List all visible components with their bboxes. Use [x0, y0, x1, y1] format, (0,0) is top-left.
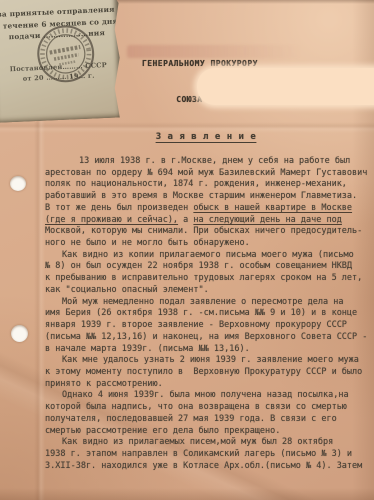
letter-line: которой была надпись, что она возвращена…	[45, 402, 373, 414]
text-segment: января 1939 г. второе заявление - Верхов…	[45, 320, 347, 330]
letter-line: арестован по ордеру № 694 мой муж Базиле…	[45, 168, 373, 180]
postmark-stamp	[33, 22, 98, 87]
letter-line: поляк по национальности, 1874 г. рождени…	[45, 179, 373, 191]
text-segment: Мой муж немедленно подал заявление о пер…	[62, 297, 343, 307]
text-segment: смертью рассмотрение его дела было прекр…	[45, 426, 280, 436]
underlined-phrase: обыск в нашей квартире в Москве	[193, 203, 352, 213]
text-segment: В тот же день был произведен	[45, 203, 193, 213]
letter-line: получателя, последовавшей 27 мая 1939 го…	[45, 414, 373, 426]
text-segment: а	[178, 215, 193, 225]
letter-line: Москвой, которую мы снимали. При обысках…	[45, 226, 373, 238]
text-segment: Однако 4 июня 1939г. была мною получена …	[62, 390, 349, 400]
letter-line: января 1939 г. второе заявление - Верхов…	[45, 320, 373, 332]
text-segment: получателя, последовавшей 27 мая 1939 го…	[45, 414, 337, 424]
letter-line: 3.XII-38г. находился уже в Котласе Арх.о…	[45, 461, 373, 473]
underlined-phrase: на следующий день на даче под	[193, 215, 341, 225]
letter-line: Как видно из прилагаемых писем,мой муж б…	[45, 437, 373, 449]
letter-line: Мой муж немедленно подал заявление о пер…	[45, 297, 373, 309]
postal-receipt-slip: за принятые отправленияв течение 6 месяц…	[0, 0, 124, 123]
letter-line: работавший в это время в Москве старшим …	[45, 191, 373, 203]
text-segment: имя Берия (26 октября 1938 г. -см.письма…	[45, 308, 357, 318]
scanned-letter-page: за принятые отправленияв течение 6 месяц…	[0, 0, 374, 500]
letter-body: 13 июля 1938 г. в г.Москве, днем у себя …	[45, 156, 373, 472]
letter-line: (где я проживаю и сейчас), а на следующи…	[45, 215, 373, 227]
text-segment: ного не было и не могло быть обнаружено.	[45, 238, 250, 248]
text-segment: Как видно из прилагаемых писем,мой муж б…	[62, 437, 333, 447]
letter-line: 13 июля 1938 г. в г.Москве, днем у себя …	[45, 156, 373, 168]
letter-line: имя Берия (26 октября 1938 г. -см.письма…	[45, 308, 373, 320]
letter-line: Как видно из копии прилагаемого письма м…	[45, 250, 373, 262]
text-segment: арестован по ордеру № 694 мой муж Базиле…	[45, 168, 367, 178]
letter-line: Как мне удалось узнать 2 июня 1939 г. за…	[45, 355, 373, 367]
punch-hole-bottom	[11, 325, 28, 342]
letter-line: № 8) он был осужден 22 ноября 1938 г. ос…	[45, 261, 373, 273]
text-segment: (письма №№ 12,13,16) и наконец, на имя В…	[45, 332, 367, 342]
letter-title: З а я в л е н и е	[45, 132, 367, 142]
letter-line: принято к рассмотрению.	[45, 379, 373, 391]
punch-hole-top	[10, 176, 26, 191]
text-segment: Москвой, которую мы снимали. При обысках…	[45, 226, 362, 236]
text-segment: 1938 г. этапом направлен в Соликамский л…	[45, 449, 352, 459]
underlined-phrase: (где я проживаю и сейчас),	[45, 215, 178, 225]
letter-line: в начале марта 1939г. (письма №№ 13,16).	[45, 344, 373, 356]
text-segment: поляк по национальности, 1874 г. рождени…	[45, 179, 347, 189]
letter-line: смертью рассмотрение его дела было прекр…	[45, 426, 373, 438]
redacted-area	[197, 68, 374, 105]
text-segment: которой была надпись, что она возвращена…	[45, 402, 347, 412]
letter-line: к этому моменту поступило в Верховную Пр…	[45, 367, 373, 379]
text-segment: Как видно из копии прилагаемого письма м…	[62, 250, 354, 260]
text-segment: принято к рассмотрению.	[45, 379, 163, 389]
text-segment: в начале марта 1939г. (письма №№ 13,16).	[45, 344, 250, 354]
letter-line: 1938 г. этапом направлен в Соликамский л…	[45, 449, 373, 461]
letter-line: как "социально опасный элемент".	[45, 285, 373, 297]
text-segment: 3.XII-38г. находился уже в Котласе Арх.о…	[45, 461, 362, 471]
text-segment: Как мне удалось узнать 2 июня 1939 г. за…	[62, 355, 359, 365]
text-segment: работавший в это время в Москве старшим …	[45, 191, 357, 201]
text-segment: как "социально опасный элемент".	[45, 285, 209, 295]
letter-line: (письма №№ 12,13,16) и наконец, на имя В…	[45, 332, 373, 344]
text-segment: № 8) он был осужден 22 ноября 1938 г. ос…	[45, 261, 352, 271]
text-segment: к этому моменту поступило в Верховную Пр…	[45, 367, 362, 377]
letter-line: В тот же день был произведен обыск в наш…	[45, 203, 373, 215]
letter-line: к пребыванию в исправительно трудовых ла…	[45, 273, 373, 285]
letter-line: Однако 4 июня 1939г. была мною получена …	[45, 390, 373, 402]
letter-line: ного не было и не могло быть обнаружено.	[45, 238, 373, 250]
text-segment: к пребыванию в исправительно трудовых ла…	[45, 273, 362, 283]
text-segment: 13 июля 1938 г. в г.Москве, днем у себя …	[79, 156, 350, 166]
